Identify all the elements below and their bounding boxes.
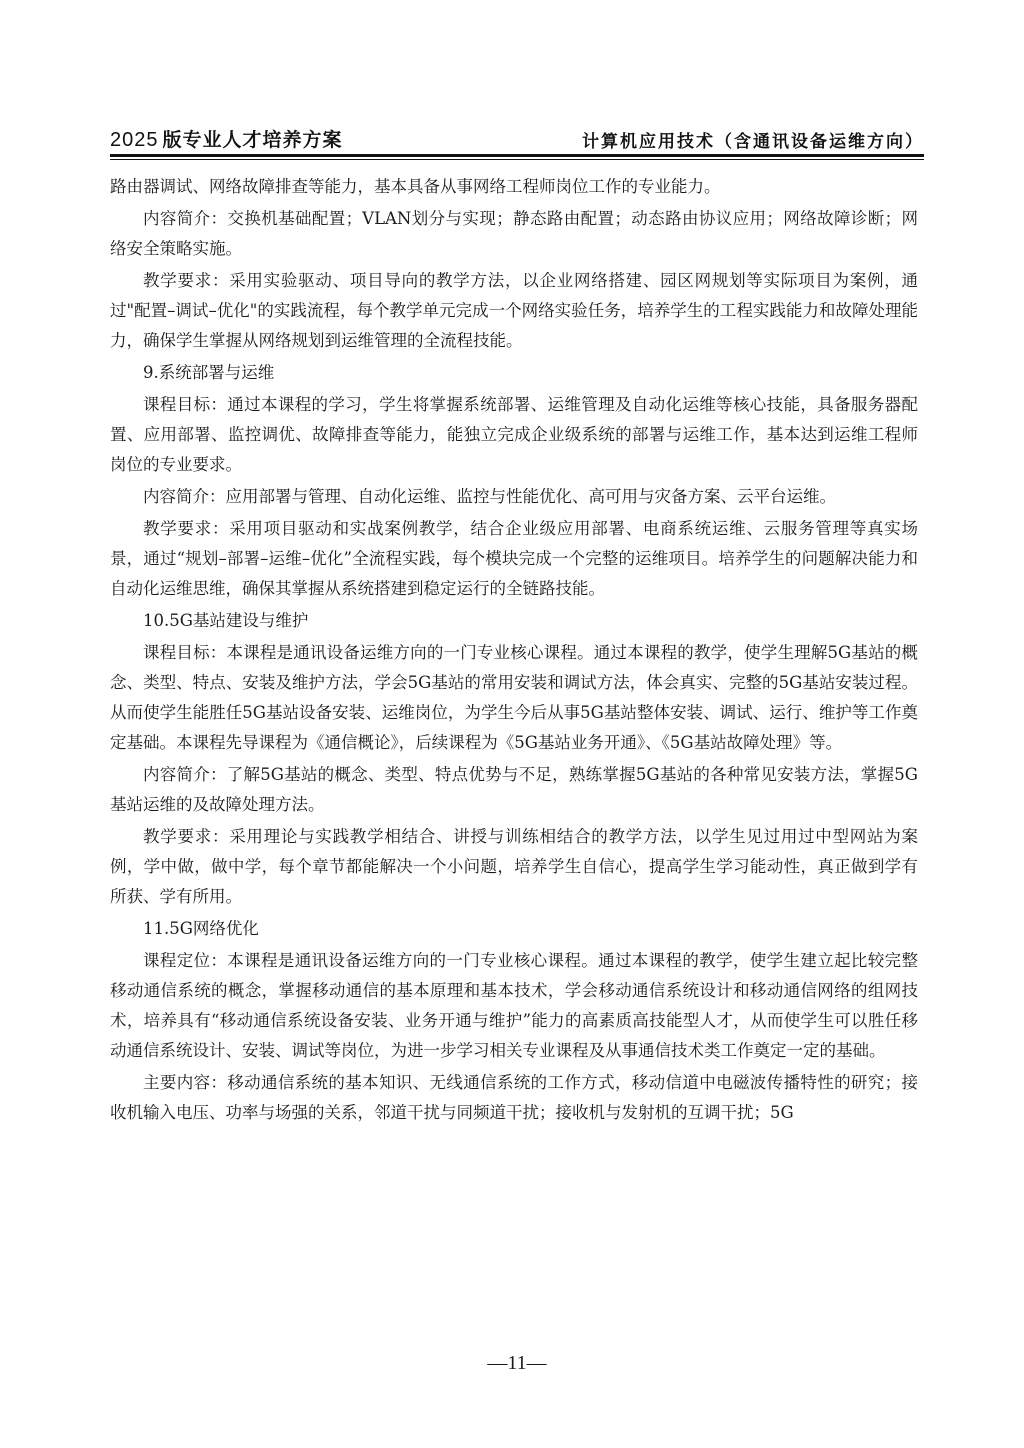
header-rule-thick bbox=[110, 154, 924, 157]
paragraph-content-intro: 内容简介：了解5G基站的概念、类型、特点优势与不足，熟练掌握5G基站的各种常见安… bbox=[110, 760, 918, 820]
running-header: 2025版专业人才培养方案 计算机应用技术（含通讯设备运维方向） bbox=[110, 126, 924, 152]
paragraph-content-intro: 内容简介：交换机基础配置；VLAN划分与实现；静态路由配置；动态路由协议应用；网… bbox=[110, 204, 918, 264]
paragraph-course-positioning: 课程定位：本课程是通讯设备运维方向的一门专业核心课程。通过本课程的教学，使学生建… bbox=[110, 946, 918, 1066]
document-page: 2025版专业人才培养方案 计算机应用技术（含通讯设备运维方向） 路由器调试、网… bbox=[110, 0, 924, 1448]
document-body: 路由器调试、网络故障排查等能力，基本具备从事网络工程师岗位工作的专业能力。 内容… bbox=[110, 172, 918, 1130]
paragraph-teaching-requirements: 教学要求：采用实验驱动、项目导向的教学方法，以企业网络搭建、园区网规划等实际项目… bbox=[110, 266, 918, 356]
section-heading-9: 9.系统部署与运维 bbox=[110, 358, 918, 388]
section-heading-10: 10.5G基站建设与维护 bbox=[110, 606, 918, 636]
paragraph-course-objective: 课程目标：通过本课程的学习，学生将掌握系统部署、运维管理及自动化运维等核心技能，… bbox=[110, 390, 918, 480]
page-number: —11— bbox=[110, 1352, 924, 1375]
header-major-title: 计算机应用技术（含通讯设备运维方向） bbox=[582, 127, 924, 152]
paragraph-continuation: 路由器调试、网络故障排查等能力，基本具备从事网络工程师岗位工作的专业能力。 bbox=[110, 172, 918, 202]
header-left-title: 2025版专业人才培养方案 bbox=[110, 125, 343, 152]
paragraph-main-content: 主要内容：移动通信系统的基本知识、无线通信系统的工作方式，移动信道中电磁波传播特… bbox=[110, 1068, 918, 1128]
header-program-title: 版专业人才培养方案 bbox=[163, 130, 343, 151]
section-heading-11: 11.5G网络优化 bbox=[110, 914, 918, 944]
header-year: 2025 bbox=[110, 129, 159, 151]
paragraph-course-objective: 课程目标：本课程是通讯设备运维方向的一门专业核心课程。通过本课程的教学，使学生理… bbox=[110, 638, 918, 758]
paragraph-content-intro: 内容简介：应用部署与管理、自动化运维、监控与性能优化、高可用与灾备方案、云平台运… bbox=[110, 482, 918, 512]
paragraph-teaching-requirements: 教学要求：采用项目驱动和实战案例教学，结合企业级应用部署、电商系统运维、云服务管… bbox=[110, 514, 918, 604]
header-rule-thin bbox=[110, 159, 924, 160]
paragraph-teaching-requirements: 教学要求：采用理论与实践教学相结合、讲授与训练相结合的教学方法，以学生见过用过中… bbox=[110, 822, 918, 912]
